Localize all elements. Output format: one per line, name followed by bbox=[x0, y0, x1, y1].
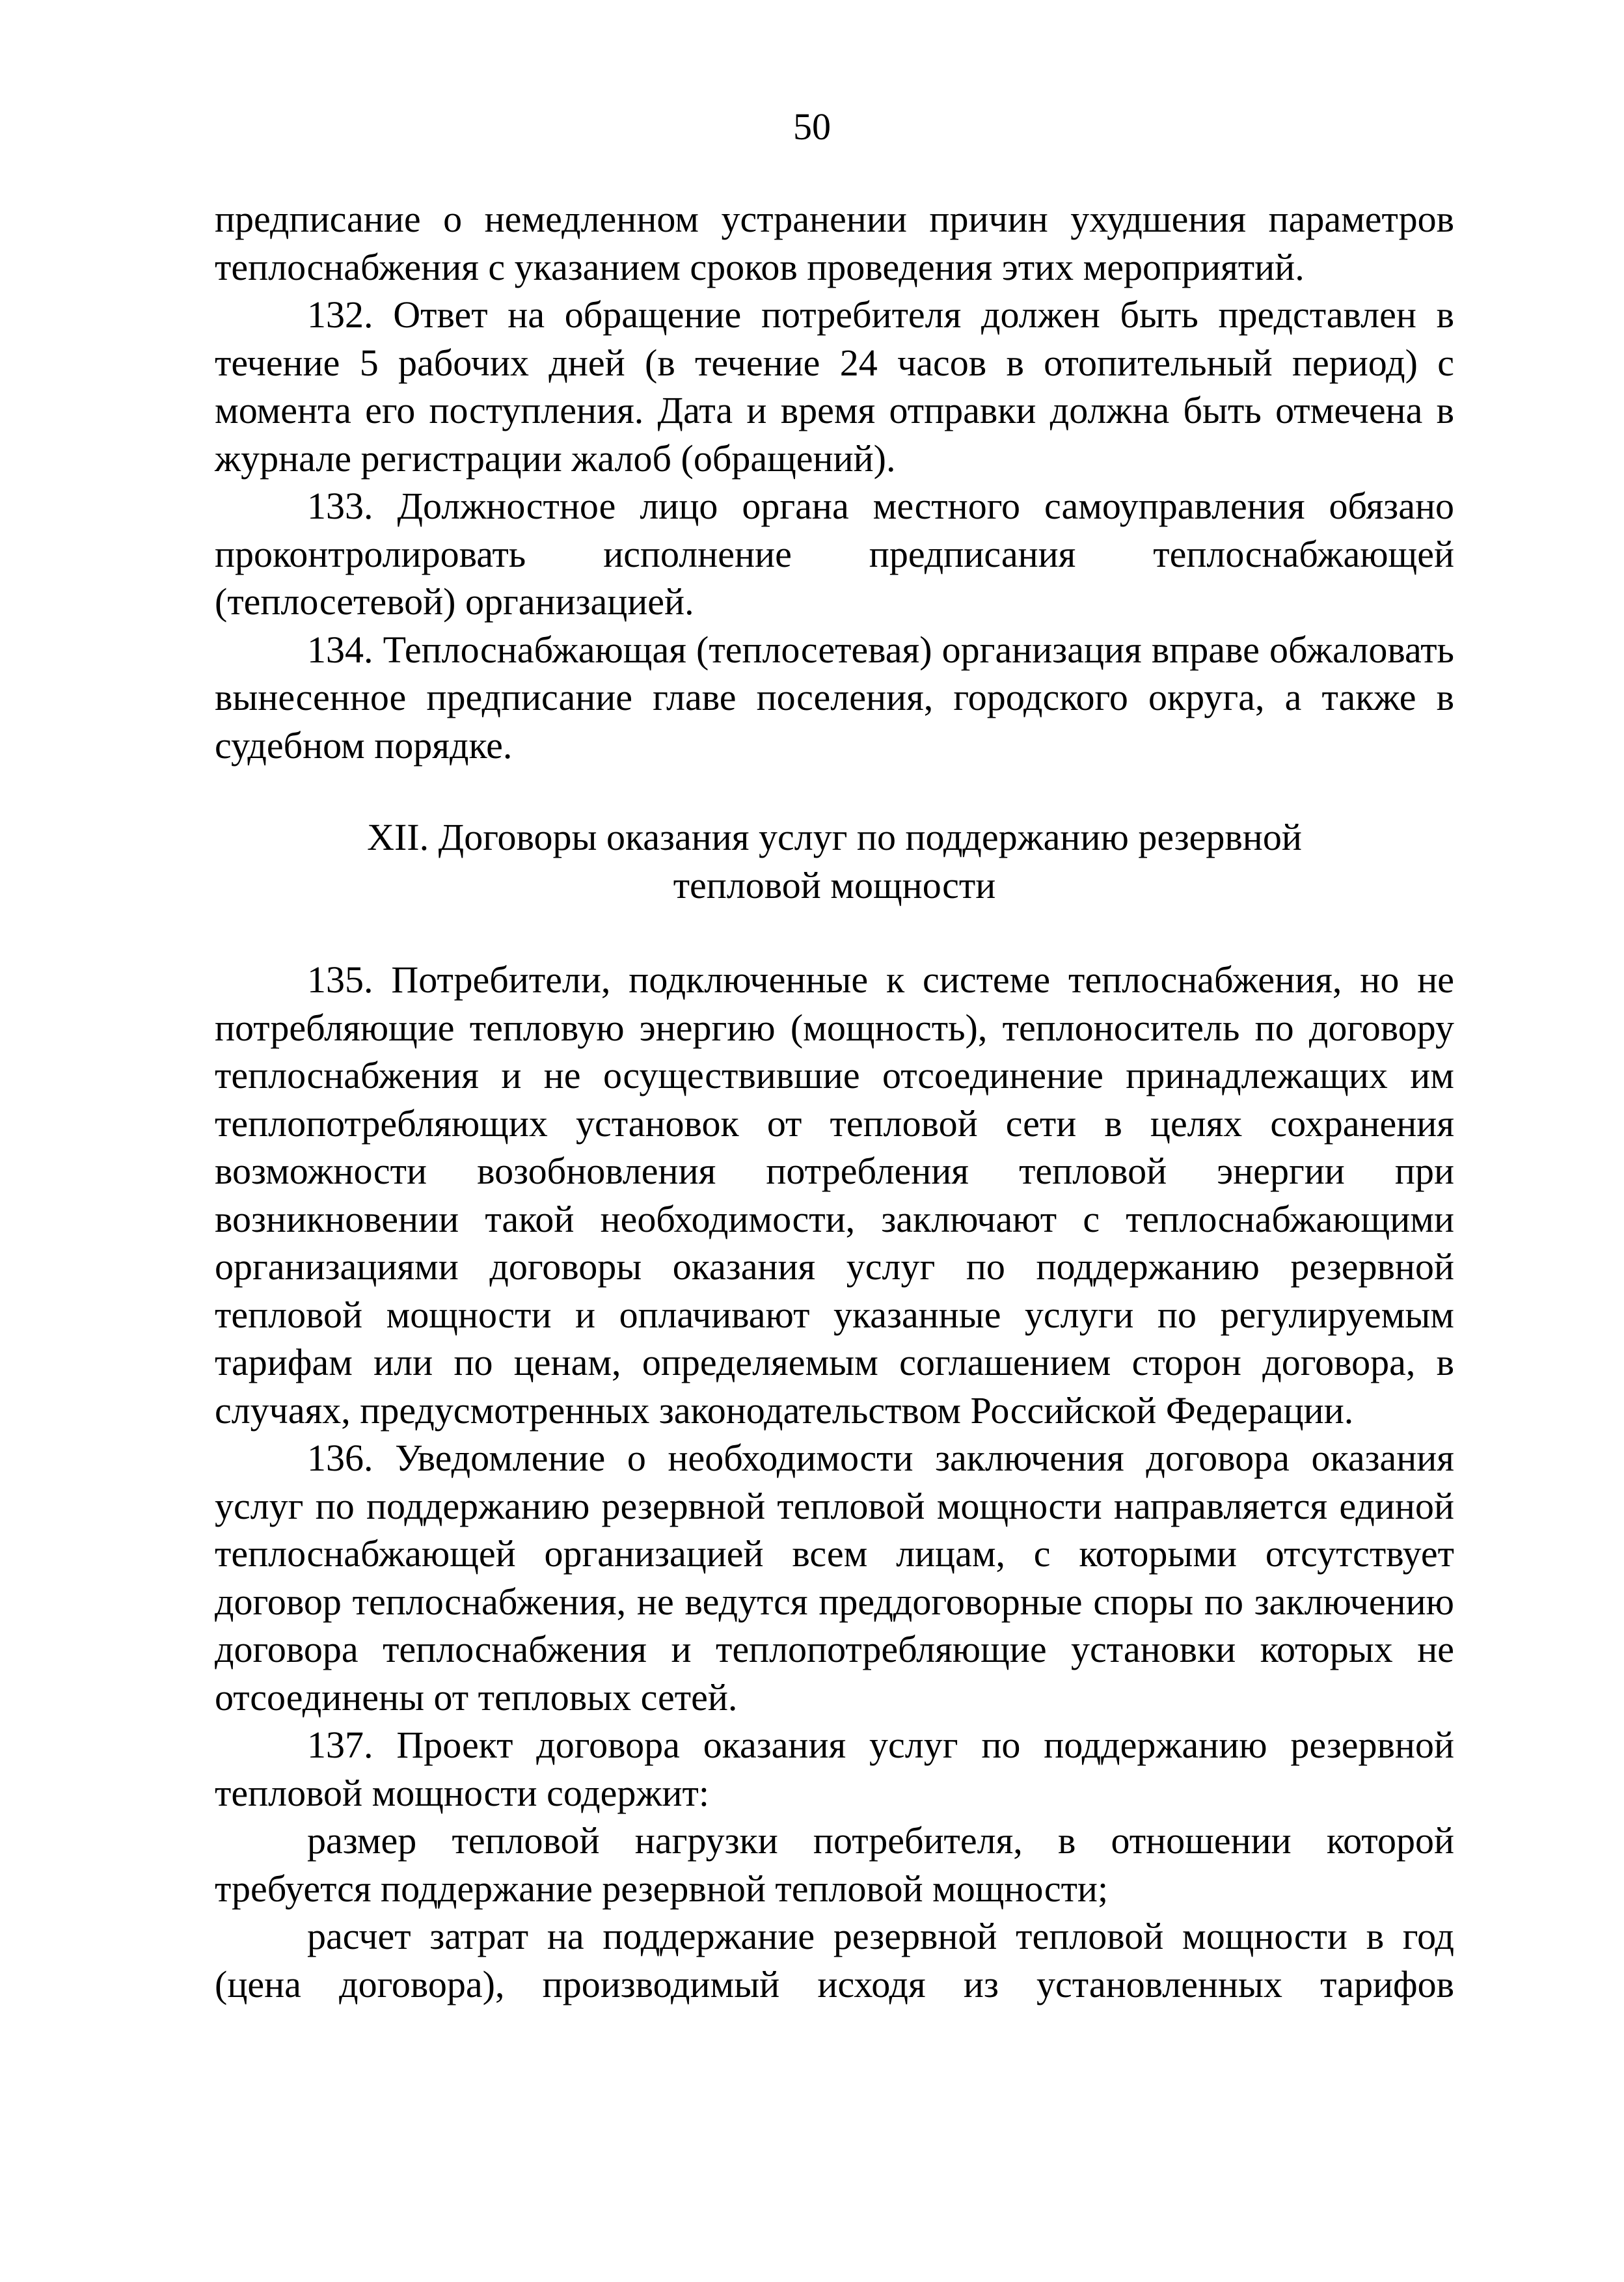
paragraph-132: 132. Ответ на обращение потребителя долж… bbox=[215, 291, 1454, 482]
paragraph-continuation: предписание о немедленном устранении при… bbox=[215, 195, 1454, 291]
paragraph-137-item-cost: расчет затрат на поддержание резервной т… bbox=[215, 1912, 1454, 2008]
section-heading-line-1: XII. Договоры оказания услуг по поддержа… bbox=[215, 813, 1454, 862]
paragraph-134: 134. Теплоснабжающая (теплосетевая) орга… bbox=[215, 626, 1454, 770]
paragraph-136: 136. Уведомление о необходимости заключе… bbox=[215, 1434, 1454, 1721]
section-heading: XII. Договоры оказания услуг по поддержа… bbox=[215, 813, 1454, 909]
paragraph-137-item-load: размер тепловой нагрузки потребителя, в … bbox=[215, 1817, 1454, 1912]
page-number: 50 bbox=[0, 104, 1624, 150]
document-body: предписание о немедленном устранении при… bbox=[215, 195, 1454, 2008]
paragraph-133: 133. Должностное лицо органа местного са… bbox=[215, 482, 1454, 626]
paragraph-137: 137. Проект договора оказания услуг по п… bbox=[215, 1721, 1454, 1817]
section-heading-line-2: тепловой мощности bbox=[215, 862, 1454, 910]
paragraph-135: 135. Потребители, подключенные к системе… bbox=[215, 956, 1454, 1434]
